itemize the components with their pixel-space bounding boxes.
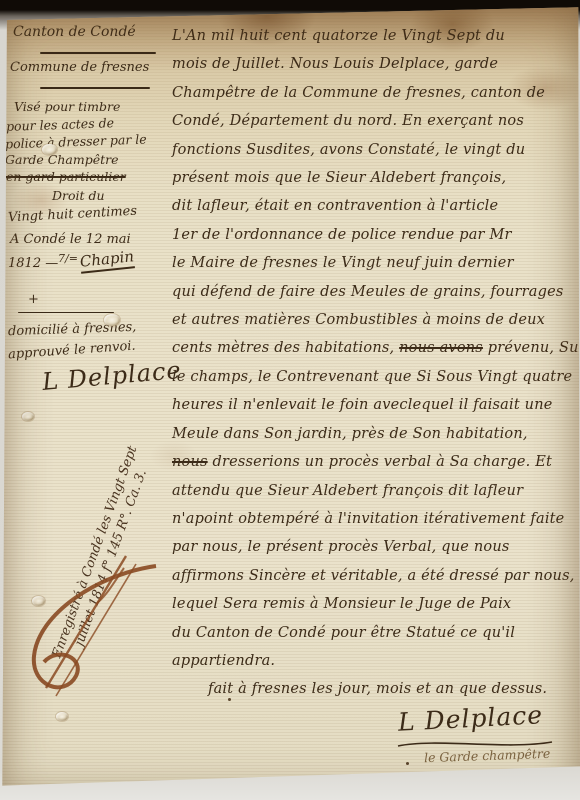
margin-domicile-line2: approuvé le renvoi.: [8, 339, 136, 363]
manuscript-line: et autres matières Combustibles à moins …: [172, 306, 576, 334]
manuscript-line: cents mètres des habitations, nous avons…: [172, 334, 576, 362]
closing-signature: L Delplace: [397, 700, 543, 737]
manuscript-line: présent mois que le Sieur Aldebert franç…: [172, 164, 576, 192]
document-page: Canton de Condé Commune de fresnes Visé …: [0, 0, 580, 800]
manuscript-line: n'apoint obtempéré à l'invitation itérat…: [172, 505, 576, 533]
margin-vise-line2: pour les actes de: [6, 115, 114, 134]
manuscript-line: nous dresserions un procès verbal à Sa c…: [172, 448, 576, 476]
manuscript-line: 1er de l'ordonnance de police rendue par…: [172, 221, 576, 249]
paper-hole: [104, 314, 120, 326]
controller-signature: Chapin: [79, 247, 135, 274]
margin-droit-line1: Droit du: [52, 188, 105, 203]
registrar-flourish: [6, 546, 181, 721]
manuscript-line: le Maire de fresnes le Vingt neuf juin d…: [172, 249, 576, 277]
closing-title: le Garde champêtre: [424, 746, 551, 765]
manuscript-closing-line: fait à fresnes les jour, mois et an que …: [172, 675, 576, 703]
cross-mark: +: [28, 292, 39, 307]
manuscript-line: L'An mil huit cent quatorze le Vingt Sep…: [172, 22, 576, 50]
margin-canton: Canton de Condé: [13, 24, 136, 40]
manuscript-line: par nous, le présent procès Verbal, que …: [172, 533, 576, 561]
photo-backdrop: Canton de Condé Commune de fresnes Visé …: [0, 0, 580, 800]
manuscript-body: L'An mil huit cent quatorze le Vingt Sep…: [172, 22, 576, 704]
rule-under-canton: [40, 52, 156, 54]
margin-commune: Commune de fresnes: [10, 60, 149, 75]
margin-droit-line3: A Condé le 12 mai: [10, 232, 131, 247]
paper-hole: [56, 712, 68, 721]
ink-speck: [406, 762, 409, 765]
margin-vise-line3: police à dresser par le: [5, 132, 147, 152]
manuscript-line: fonctions Susdites, avons Constaté, le v…: [172, 136, 576, 164]
margin-droit-line2: Vingt huit centimes: [8, 204, 138, 226]
manuscript-line: Champêtre de la Commune de fresnes, cant…: [172, 79, 576, 107]
manuscript-line: le champs, le Contrevenant que Si Sous V…: [172, 363, 576, 391]
manuscript-line: lequel Sera remis à Monsieur le Juge de …: [172, 590, 576, 618]
manuscript-line: du Canton de Condé pour être Statué ce q…: [172, 619, 576, 647]
margin-vise-struck-line: en gard particulier: [6, 169, 126, 184]
manuscript-line: mois de Juillet. Nous Louis Delplace, ga…: [172, 50, 576, 78]
margin-vise-line1: Visé pour timbre: [14, 99, 120, 114]
margin-signature: L Delplace: [41, 356, 183, 396]
paper-hole: [22, 412, 34, 421]
paper-hole: [42, 144, 57, 155]
short-rule: [18, 312, 114, 313]
manuscript-line: qui défend de faire des Meules de grains…: [172, 278, 576, 306]
margin-droit-line4: 1812 —: [8, 256, 58, 271]
manuscript-line: appartiendra.: [172, 647, 576, 675]
manuscript-line: Condé, Département du nord. En exerçant …: [172, 107, 576, 135]
margin-vise-line4: Garde Champêtre: [5, 152, 119, 167]
manuscript-line: dit lafleur, était en contravention à l'…: [172, 192, 576, 220]
manuscript-line: heures il n'enlevait le foin aveclequel …: [172, 391, 576, 419]
paper-hole: [32, 596, 45, 606]
manuscript-line: attendu que Sieur Aldebert françois dit …: [172, 477, 576, 505]
manuscript-line: Meule dans Son jardin, près de Son habit…: [172, 420, 576, 448]
ink-speck: [228, 698, 231, 701]
manuscript-line: affirmons Sincère et véritable, a été dr…: [172, 562, 576, 590]
margin-tax-mark: 7/=: [58, 252, 78, 265]
rule-under-commune: [40, 87, 150, 89]
